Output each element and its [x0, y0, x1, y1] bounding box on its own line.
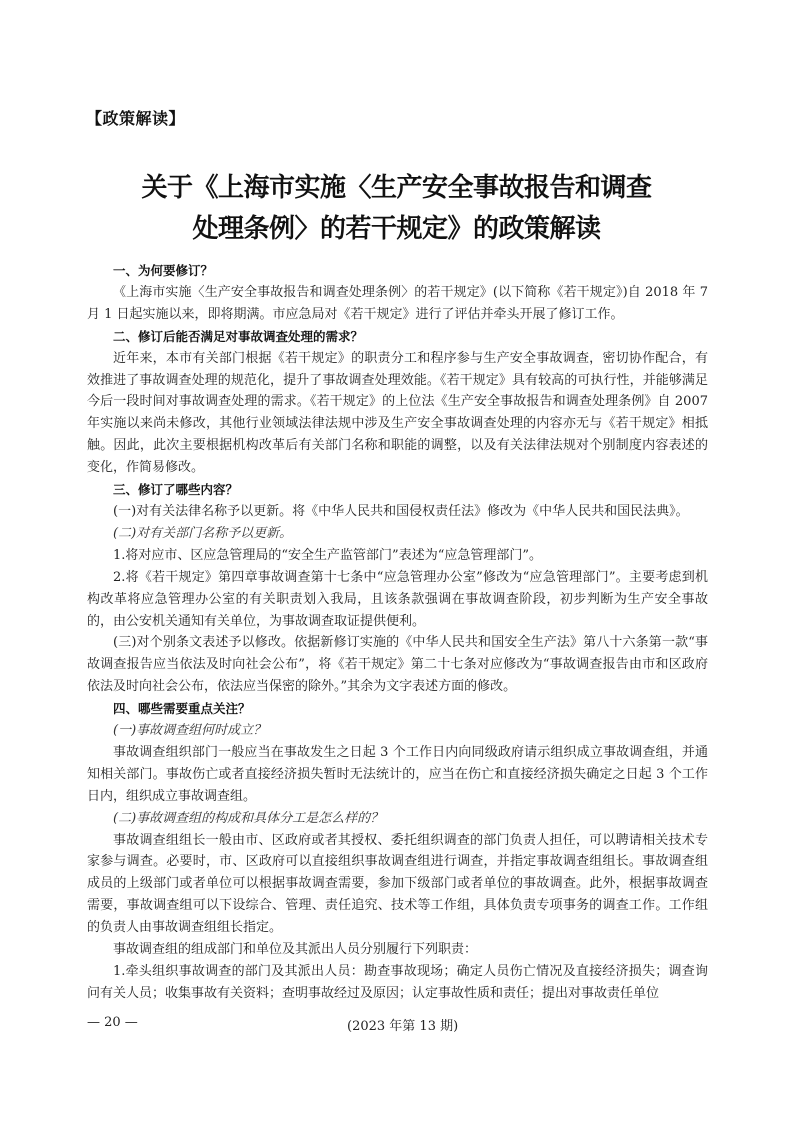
paragraph: 2.将《若干规定》第四章事故调查第十七条中“应急管理办公室”修改为“应急管理部门…	[87, 567, 708, 633]
paragraph: 1.牵头组织事故调查的部门及其派出人员：勘查事故现场；确定人员伤亡情况及直接经济…	[87, 961, 708, 1005]
subheading: (二)对有关部门名称予以更新。	[87, 523, 708, 545]
title-line-2: 处理条例〉的若干规定》的政策解读	[0, 209, 793, 250]
section-heading-3: 三、修订了哪些内容？	[87, 479, 708, 501]
paragraph: 事故调查组的组成部门和单位及其派出人员分别履行下列职责：	[87, 939, 708, 961]
section-heading-4: 四、哪些需要重点关注？	[87, 698, 708, 720]
subheading: (一)事故调查组何时成立？	[87, 720, 708, 742]
paragraph: 事故调查组组长一般由市、区政府或者其授权、委托组织调查的部门负责人担任，可以聘请…	[87, 830, 708, 940]
paragraph: 近年来，本市有关部门根据《若干规定》的职责分工和程序参与生产安全事故调查，密切协…	[87, 348, 708, 479]
document-page: 【政策解读】 关于《上海市实施〈生产安全事故报告和调查 处理条例〉的若干规定》的…	[0, 0, 793, 1122]
paragraph: (一)对有关法律名称予以更新。将《中华人民共和国侵权责任法》修改为《中华人民共和…	[87, 501, 708, 523]
section-heading-2: 二、修订后能否满足对事故调查处理的需求？	[87, 326, 708, 348]
section-heading-1: 一、为何要修订？	[87, 260, 708, 282]
paragraph: 1.将对应市、区应急管理局的“安全生产监管部门”表述为“应急管理部门”。	[87, 545, 708, 567]
title-line-1: 关于《上海市实施〈生产安全事故报告和调查	[0, 168, 793, 209]
subheading: (二)事故调查组的构成和具体分工是怎么样的？	[87, 808, 708, 830]
page-title: 关于《上海市实施〈生产安全事故报告和调查 处理条例〉的若干规定》的政策解读	[0, 168, 793, 250]
paragraph: 事故调查组织部门一般应当在事故发生之日起 3 个工作日内向同级政府请示组织成立事…	[87, 742, 708, 808]
column-tag: 【政策解读】	[86, 106, 185, 129]
article-body: 一、为何要修订？ 《上海市实施〈生产安全事故报告和调查处理条例〉的若干规定》(以…	[87, 260, 708, 1005]
issue-label: (2023 年第 13 期)	[347, 1015, 458, 1034]
page-number: — 20 —	[87, 1015, 138, 1030]
page-footer: — 20 — (2023 年第 13 期)	[87, 1015, 708, 1035]
paragraph: 《上海市实施〈生产安全事故报告和调查处理条例〉的若干规定》(以下简称《若干规定》…	[87, 282, 708, 326]
paragraph: (三)对个别条文表述予以修改。依据新修订实施的《中华人民共和国安全生产法》第八十…	[87, 632, 708, 698]
